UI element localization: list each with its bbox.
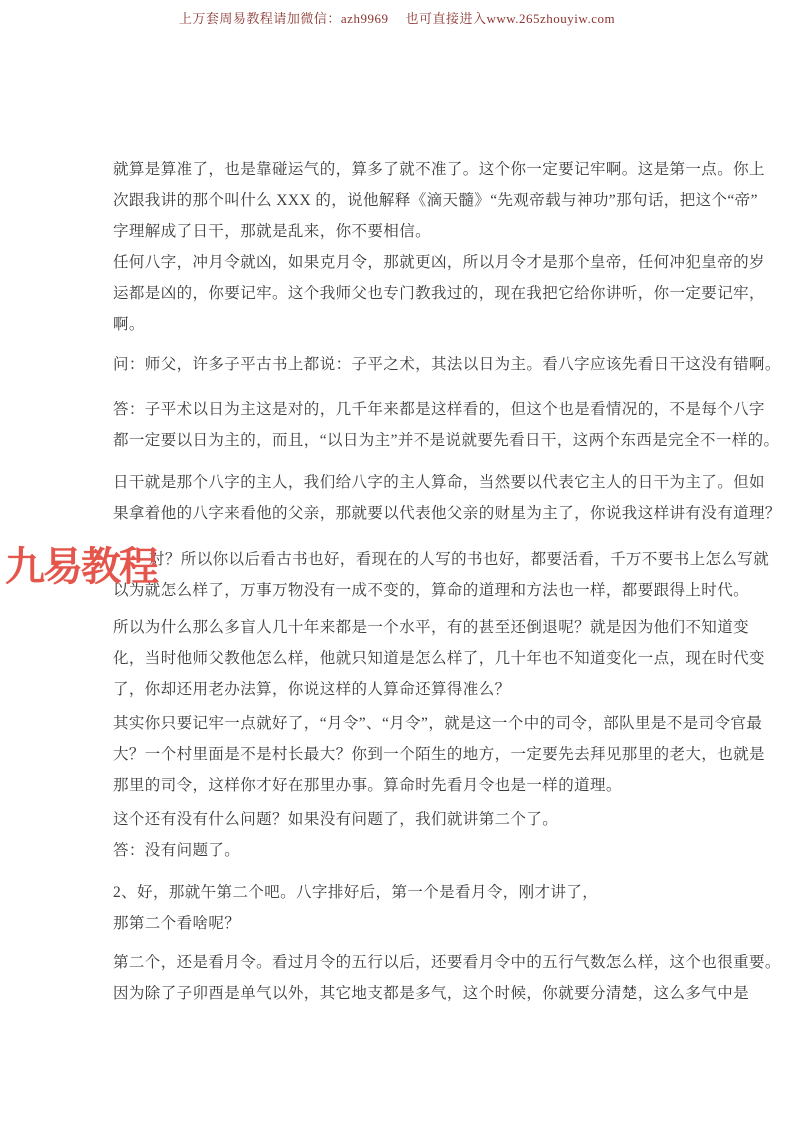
paragraph-line: 那里的司令，这样你才好在那里办事。算命时先看月令也是一样的道理。 [113,770,788,801]
paragraph-line: 因为除了子卯酉是单气以外，其它地支都是多气，这个时候，你就要分清楚，这么多气中是 [113,978,788,1009]
paragraph-line: 第二个，还是看月令。看过月令的五行以后，还要看月令中的五行气数怎么样，这个也很重… [113,947,788,978]
paragraph-line: 所以为什么那么多盲人几十年来都是一个水平，有的甚至还倒退呢？就是因为他们不知道变 [113,612,788,643]
paragraph-line: 这个还有没有什么问题？如果没有问题了，我们就讲第二个了。 [113,804,788,835]
paragraph: 其实你只要记牢一点就好了，“月令”、“月令”，就是这一个中的司令，部队里是不是司… [113,708,788,801]
paragraph-line: 啊。 [113,309,788,340]
paragraph: 任何八字，冲月令就凶，如果克月令，那就更凶，所以月令才是那个皇帝，任何冲犯皇帝的… [113,247,788,340]
paragraph-line: 就算是算准了，也是靠碰运气的，算多了就不准了。这个你一定要记牢啊。这是第一点。你… [113,154,788,185]
paragraph: 2、好，那就午第二个吧。八字排好后，第一个是看月令，刚才讲了，那第二个看啥呢？ [113,877,788,939]
paragraph-line: 都一定要以日为主的，而且，“以日为主”并不是说就要先看日干，这两个东西是完全不一… [113,425,788,456]
paragraph: 对？所以你以后看古书也好，看现在的人写的书也好，都要活看，千万不要书上怎么写就以… [113,544,788,606]
header-wechat-text: 上万套周易教程请加微信：azh9969 [179,11,389,26]
paragraph: 这个还有没有什么问题？如果没有问题了，我们就讲第二个了。答：没有问题了。 [113,804,788,866]
paragraph-line: 对？所以你以后看古书也好，看现在的人写的书也好，都要活看，千万不要书上怎么写就 [113,544,788,575]
paragraph-line: 运都是凶的，你要记牢。这个我师父也专门教我过的，现在我把它给你讲听，你一定要记牢… [113,278,788,309]
paragraph-line: 那第二个看啥呢？ [113,908,788,939]
paragraph: 日干就是那个八字的主人，我们给八字的主人算命，当然要以代表它主人的日干为主了。但… [113,467,788,529]
paragraph-line: 2、好，那就午第二个吧。八字排好后，第一个是看月令，刚才讲了， [113,877,788,908]
header-site-link[interactable]: 也可直接进入www.265zhouyiw.com [405,11,615,26]
paragraph-line: 化，当时他师父教他怎么样，他就只知道是怎么样了，几十年也不知道变化一点，现在时代… [113,643,788,674]
paragraph-line: 字理解成了日干，那就是乱来，你不要相信。 [113,216,788,247]
paragraph: 就算是算准了，也是靠碰运气的，算多了就不准了。这个你一定要记牢啊。这是第一点。你… [113,154,788,247]
document-body: 就算是算准了，也是靠碰运气的，算多了就不准了。这个你一定要记牢啊。这是第一点。你… [113,154,788,1009]
paragraph-line: 果拿着他的八字来看他的父亲，那就要以代表他父亲的财星为主了，你说我这样讲有没有道… [113,498,788,529]
paragraph-line: 大？一个村里面是不是村长最大？你到一个陌生的地方，一定要先去拜见那里的老大，也就… [113,739,788,770]
paragraph: 第二个，还是看月令。看过月令的五行以后，还要看月令中的五行气数怎么样，这个也很重… [113,947,788,1009]
paragraph-line: 答：子平术以日为主这是对的，几千年来都是这样看的，但这个也是看情况的，不是每个八… [113,394,788,425]
paragraph: 问：师父，许多子平古书上都说：子平之术，其法以日为主。看八字应该先看日干这没有错… [113,349,788,380]
paragraph: 答：子平术以日为主这是对的，几千年来都是这样看的，但这个也是看情况的，不是每个八… [113,394,788,456]
document-page: 上万套周易教程请加微信：azh9969也可直接进入www.265zhouyiw.… [0,0,794,1123]
watermark-logo: 九易教程 [5,542,157,592]
paragraph-line: 次跟我讲的那个叫什么 XXX 的，说他解释《滴天髓》“先观帝载与神功”那句话，把… [113,185,788,216]
paragraph-line: 了，你却还用老办法算，你说这样的人算命还算得准么？ [113,674,788,705]
page-header: 上万套周易教程请加微信：azh9969也可直接进入www.265zhouyiw.… [0,8,794,27]
paragraph-line: 以为就怎么样了，万事万物没有一成不变的，算命的道理和方法也一样，都要跟得上时代。 [113,575,788,606]
paragraph-line: 日干就是那个八字的主人，我们给八字的主人算命，当然要以代表它主人的日干为主了。但… [113,467,788,498]
paragraph-line: 其实你只要记牢一点就好了，“月令”、“月令”，就是这一个中的司令，部队里是不是司… [113,708,788,739]
paragraph: 所以为什么那么多盲人几十年来都是一个水平，有的甚至还倒退呢？就是因为他们不知道变… [113,612,788,705]
paragraph-line: 问：师父，许多子平古书上都说：子平之术，其法以日为主。看八字应该先看日干这没有错… [113,349,788,380]
paragraph-line: 任何八字，冲月令就凶，如果克月令，那就更凶，所以月令才是那个皇帝，任何冲犯皇帝的… [113,247,788,278]
paragraph-line: 答：没有问题了。 [113,835,788,866]
